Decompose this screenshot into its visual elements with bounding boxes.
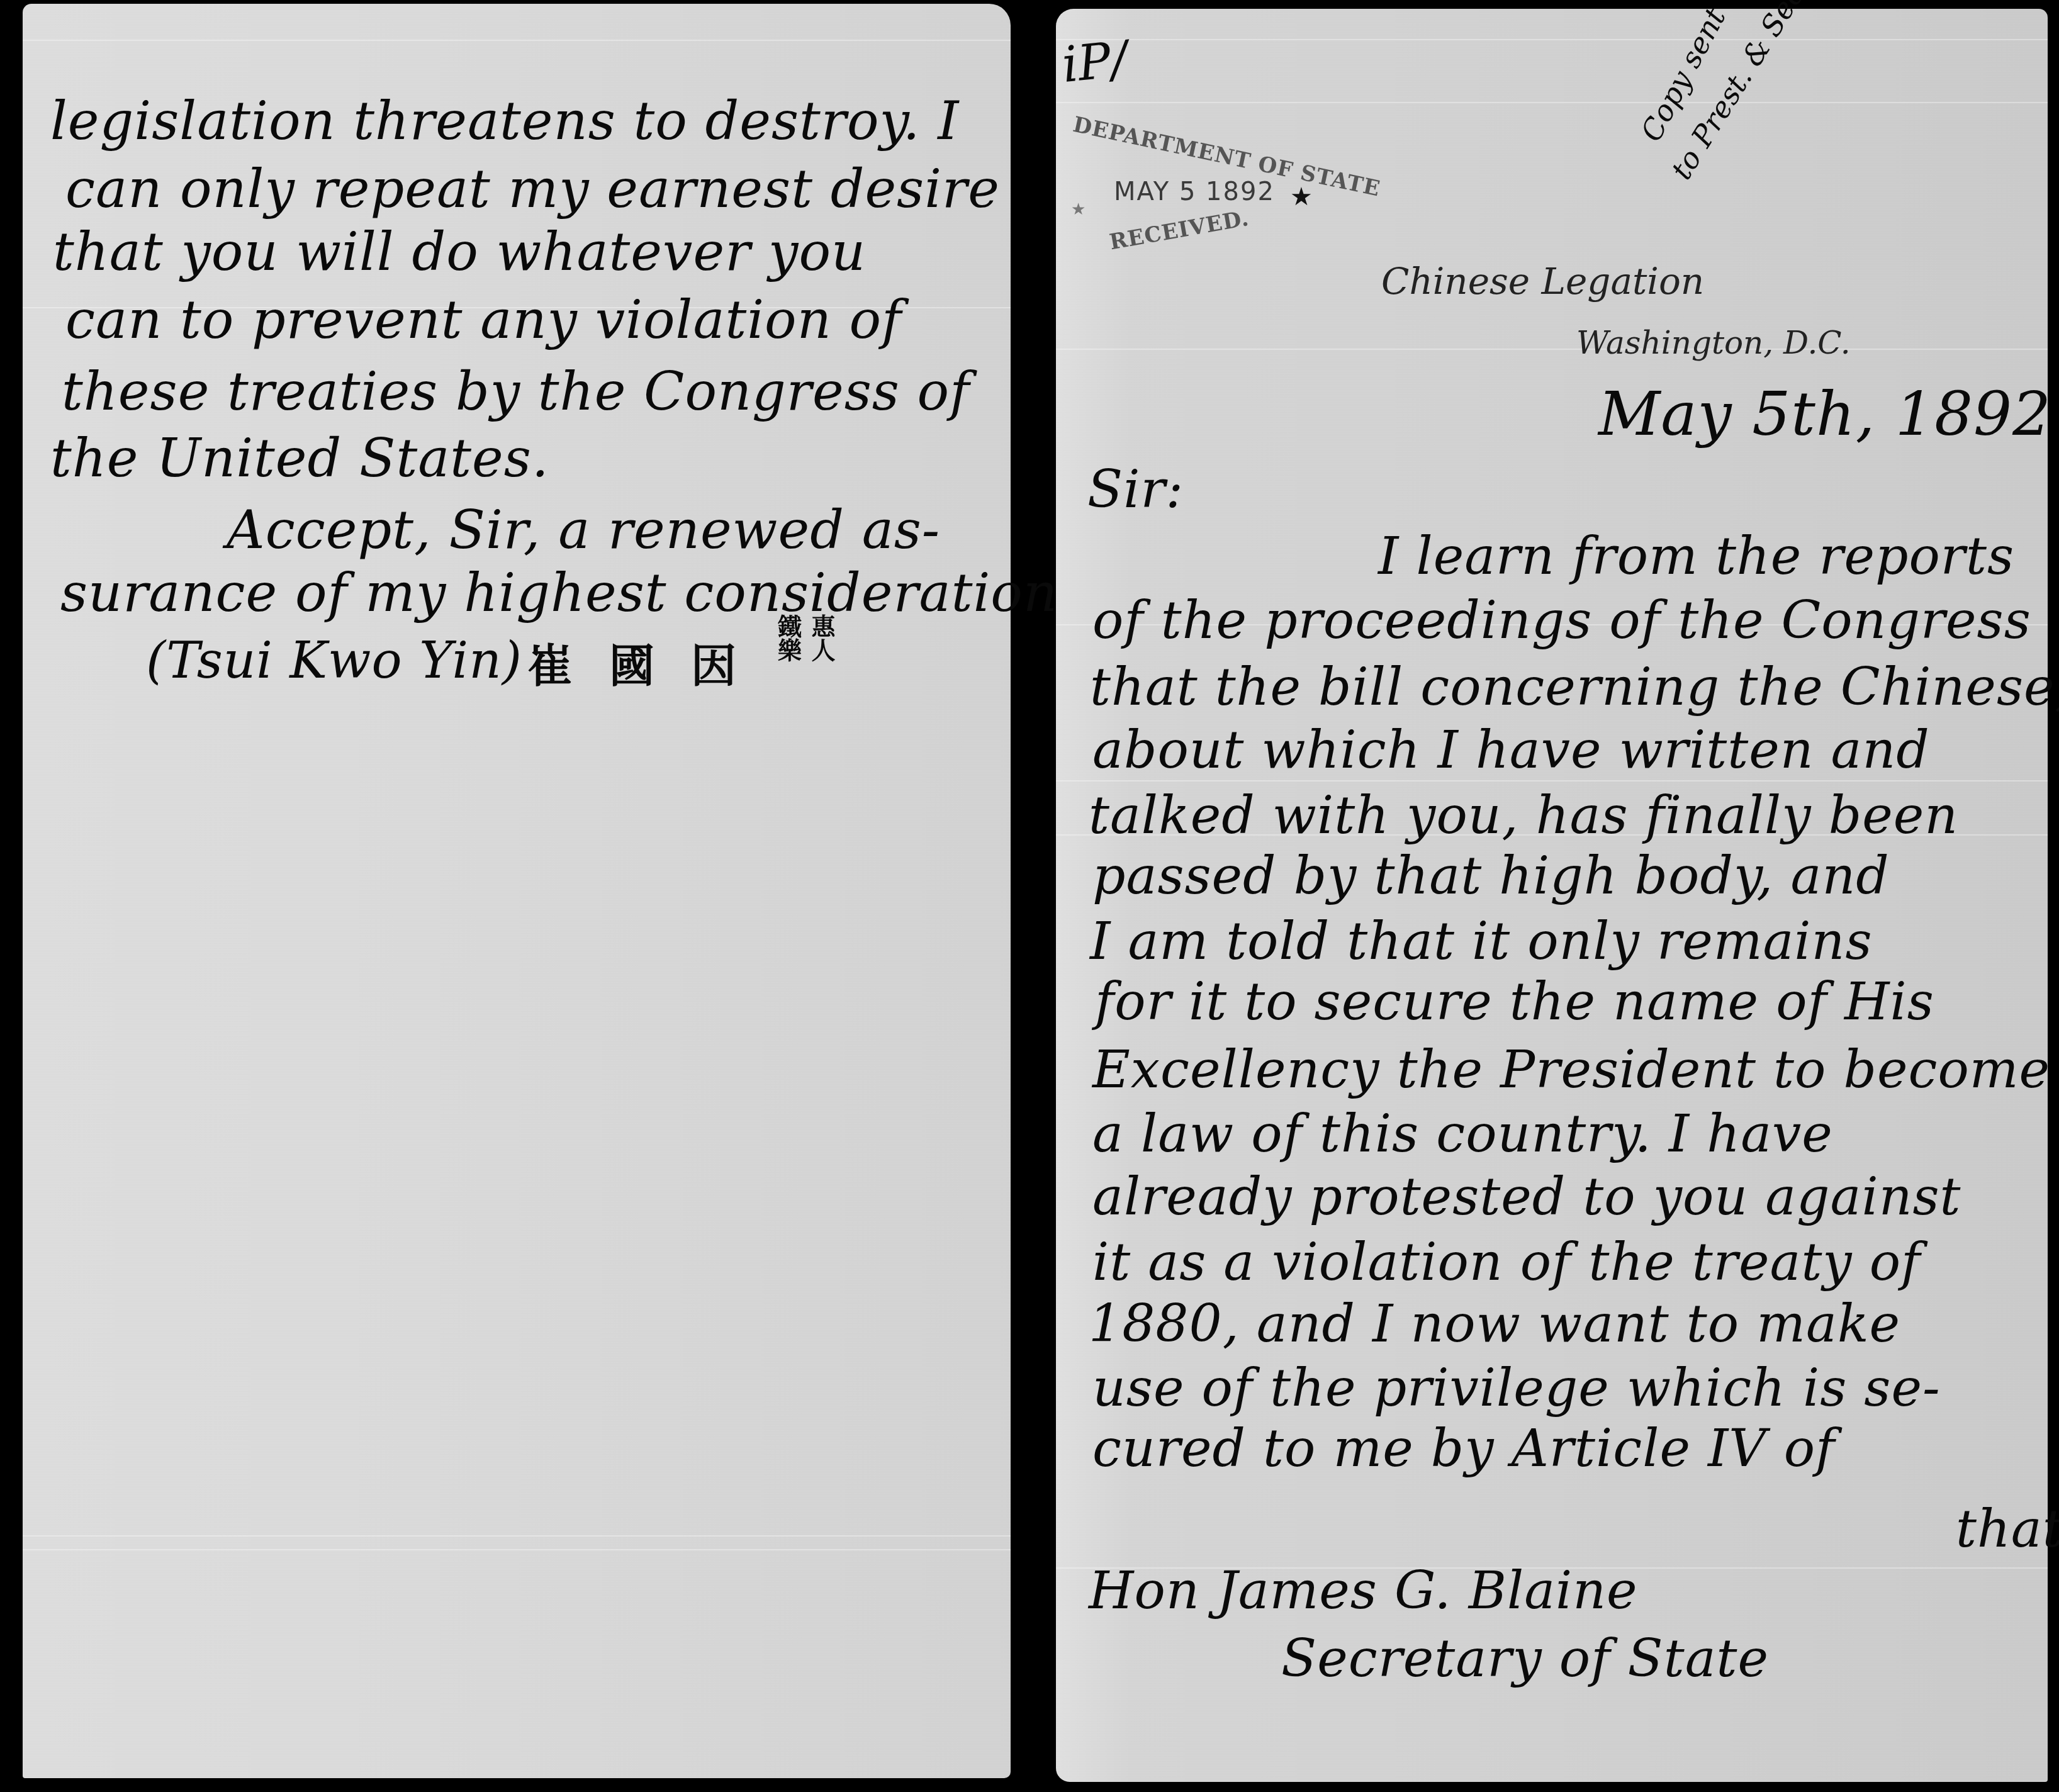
body-line-14: use of the privilege which is se- — [1092, 1363, 1941, 1414]
left-line-6: the United States. — [50, 432, 549, 484]
body-line-4: about which I have written and — [1092, 725, 1930, 776]
body-line-5: talked with you, has finally been — [1089, 790, 1958, 842]
catchword: that — [1956, 1504, 2059, 1555]
left-line-2: can only repeat my earnest desire — [65, 162, 1000, 215]
ruling-line — [1056, 349, 2048, 350]
body-line-2: of the proceedings of the Congress — [1092, 595, 2031, 647]
ruling-line — [23, 1535, 1011, 1537]
body-line-13: 1880, and I now want to make — [1089, 1299, 1900, 1350]
body-line-7: I am told that it only remains — [1090, 916, 1872, 968]
body-line-1: I learn from the reports — [1378, 531, 2014, 583]
body-line-11: already protested to you against — [1092, 1172, 1961, 1223]
left-line-4: can to prevent any violation of — [65, 293, 902, 346]
ruling-line — [23, 1549, 1011, 1550]
addressee-title: Secretary of State — [1281, 1633, 1769, 1685]
left-line-8: surance of my highest consideration — [60, 566, 1058, 619]
addressee-name: Hon James G. Blaine — [1089, 1565, 1638, 1617]
seal-column: 惠人 — [807, 614, 837, 740]
body-line-10: a law of this country. I have — [1092, 1109, 1833, 1160]
ruling-line — [23, 40, 1011, 41]
left-line-1: legislation threatens to destroy. I — [50, 94, 959, 147]
letterhead-title: Chinese Legation — [1381, 263, 1704, 300]
signature-romanized: (Tsui Kwo Yin) — [146, 636, 522, 686]
body-line-8: for it to secure the name of His — [1095, 977, 1934, 1028]
margin-annotation: iP/ — [1060, 35, 1130, 90]
star-icon: ★ — [1071, 200, 1086, 219]
body-line-3: that the bill concerning the Chinese, — [1090, 662, 2059, 714]
stamp-date: MAY 5 1892 — [1114, 177, 1275, 206]
body-line-15: cured to me by Article IV of — [1092, 1423, 1835, 1475]
body-line-6: passed by that high body, and — [1092, 851, 1890, 902]
ruling-line — [1056, 102, 2048, 103]
seal-column: 鐵樂 — [773, 614, 803, 740]
signature-chinese: 崔國因 — [527, 643, 773, 688]
star-icon: ★ — [1290, 182, 1313, 211]
stamp-bottom-text: RECEIVED. — [1108, 206, 1251, 255]
left-line-3: that you will do whatever you — [53, 225, 866, 278]
salutation: Sir: — [1087, 464, 1184, 516]
left-line-5: these treaties by the Congress of — [62, 365, 970, 418]
ruling-line — [1056, 780, 2048, 781]
left-line-7: Accept, Sir, a renewed as- — [227, 503, 940, 556]
body-line-9: Excellency the President to become — [1092, 1044, 2050, 1096]
letter-date: May 5th, 1892 — [1598, 384, 2051, 444]
seal-stamp: 鐵樂 惠人 — [773, 614, 842, 740]
ruling-line — [1056, 39, 2048, 40]
body-line-12: it as a violation of the treaty of — [1092, 1237, 1921, 1289]
letterhead-city: Washington, D.C. — [1576, 327, 1851, 359]
received-stamp: DEPARTMENT OF STATE ★ MAY 5 1892 ★ RECEI… — [1063, 107, 1315, 264]
